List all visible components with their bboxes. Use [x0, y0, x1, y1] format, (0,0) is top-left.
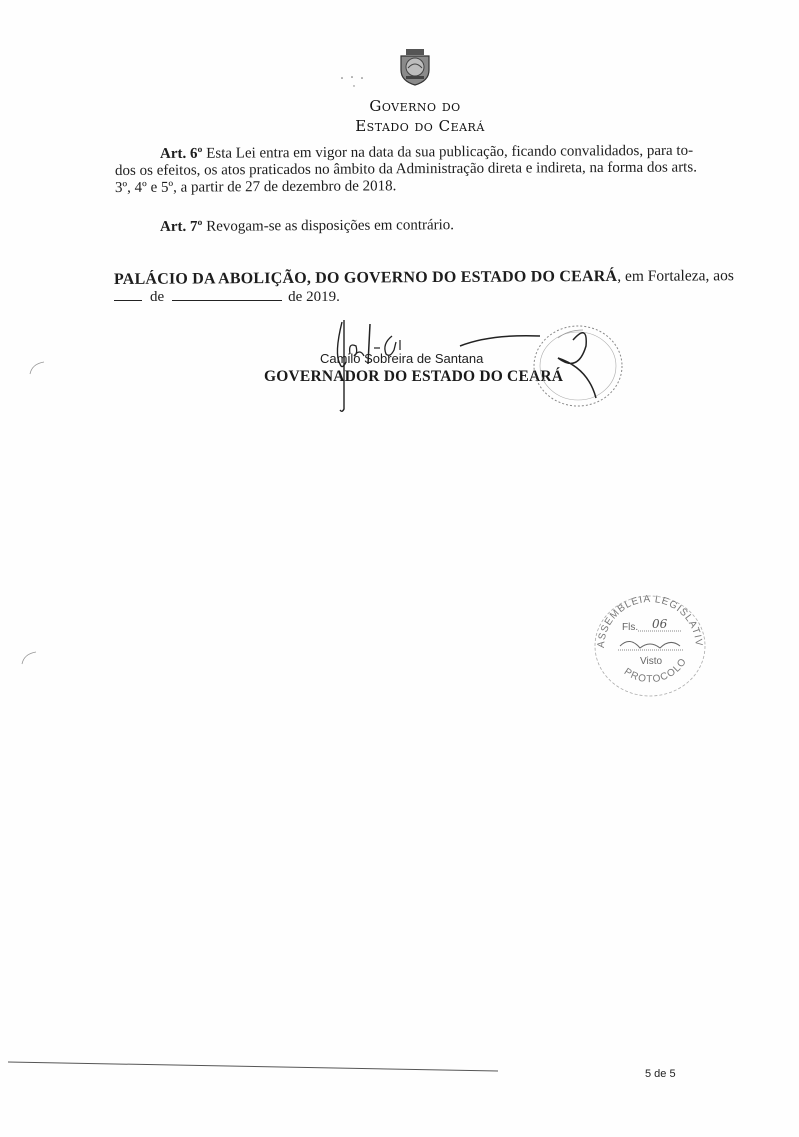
- scan-speck-icon: [338, 72, 378, 92]
- visto-label: Visto: [640, 656, 662, 667]
- header-line-1: Governo do: [330, 96, 500, 116]
- header-line-2: Estado do Ceará: [340, 116, 500, 136]
- signer-title: GOVERNADOR DO ESTADO DO CEARÁ: [264, 368, 563, 386]
- punch-hole-mark-icon: [20, 650, 40, 666]
- document-page: Governo do Estado do Ceará Art. 6º Esta …: [0, 0, 799, 1137]
- day-blank: [114, 289, 142, 301]
- procuradoria-stamp-icon: [528, 318, 628, 418]
- government-header: Governo do Estado do Ceará: [330, 96, 500, 136]
- palacio-line-1: PALÁCIO DA ABOLIÇÃO, DO GOVERNO DO ESTAD…: [114, 267, 734, 289]
- footer-rule: [8, 1060, 498, 1072]
- fls-value: 06: [652, 617, 668, 631]
- stamp-arc-top: ASSEMBLEIA LEGISLATIVA DO CEARÁ: [590, 588, 704, 648]
- palacio-line-2: dede 2019.: [114, 289, 340, 306]
- punch-hole-mark-icon: [28, 360, 48, 376]
- palacio-caps: PALÁCIO DA ABOLIÇÃO, DO GOVERNO DO ESTAD…: [114, 268, 617, 288]
- protocol-stamp-icon: ASSEMBLEIA LEGISLATIVA DO CEARÁ PROTOCOL…: [590, 588, 710, 700]
- page-indicator: 5 de 5: [645, 1068, 676, 1080]
- signer-name: Camilo Sobreira de Santana: [320, 351, 483, 366]
- article-7: Art. 7º Revogam-se as disposições em con…: [160, 217, 454, 236]
- article-7-label: Art. 7º: [160, 219, 203, 235]
- article-6-line-3: 3º, 4º e 5º, a partir de 27 de dezembro …: [115, 178, 396, 197]
- month-blank: [172, 289, 282, 301]
- svg-text:ASSEMBLEIA LEGISLATIVA DO CEAR: ASSEMBLEIA LEGISLATIVA DO CEARÁ: [590, 588, 704, 648]
- fls-label: Fls.: [622, 622, 638, 633]
- coat-of-arms-icon: [398, 48, 432, 86]
- article-6-label: Art. 6º: [160, 146, 203, 162]
- article-6-line-2: dos os efeitos, os atos praticados no âm…: [115, 159, 697, 180]
